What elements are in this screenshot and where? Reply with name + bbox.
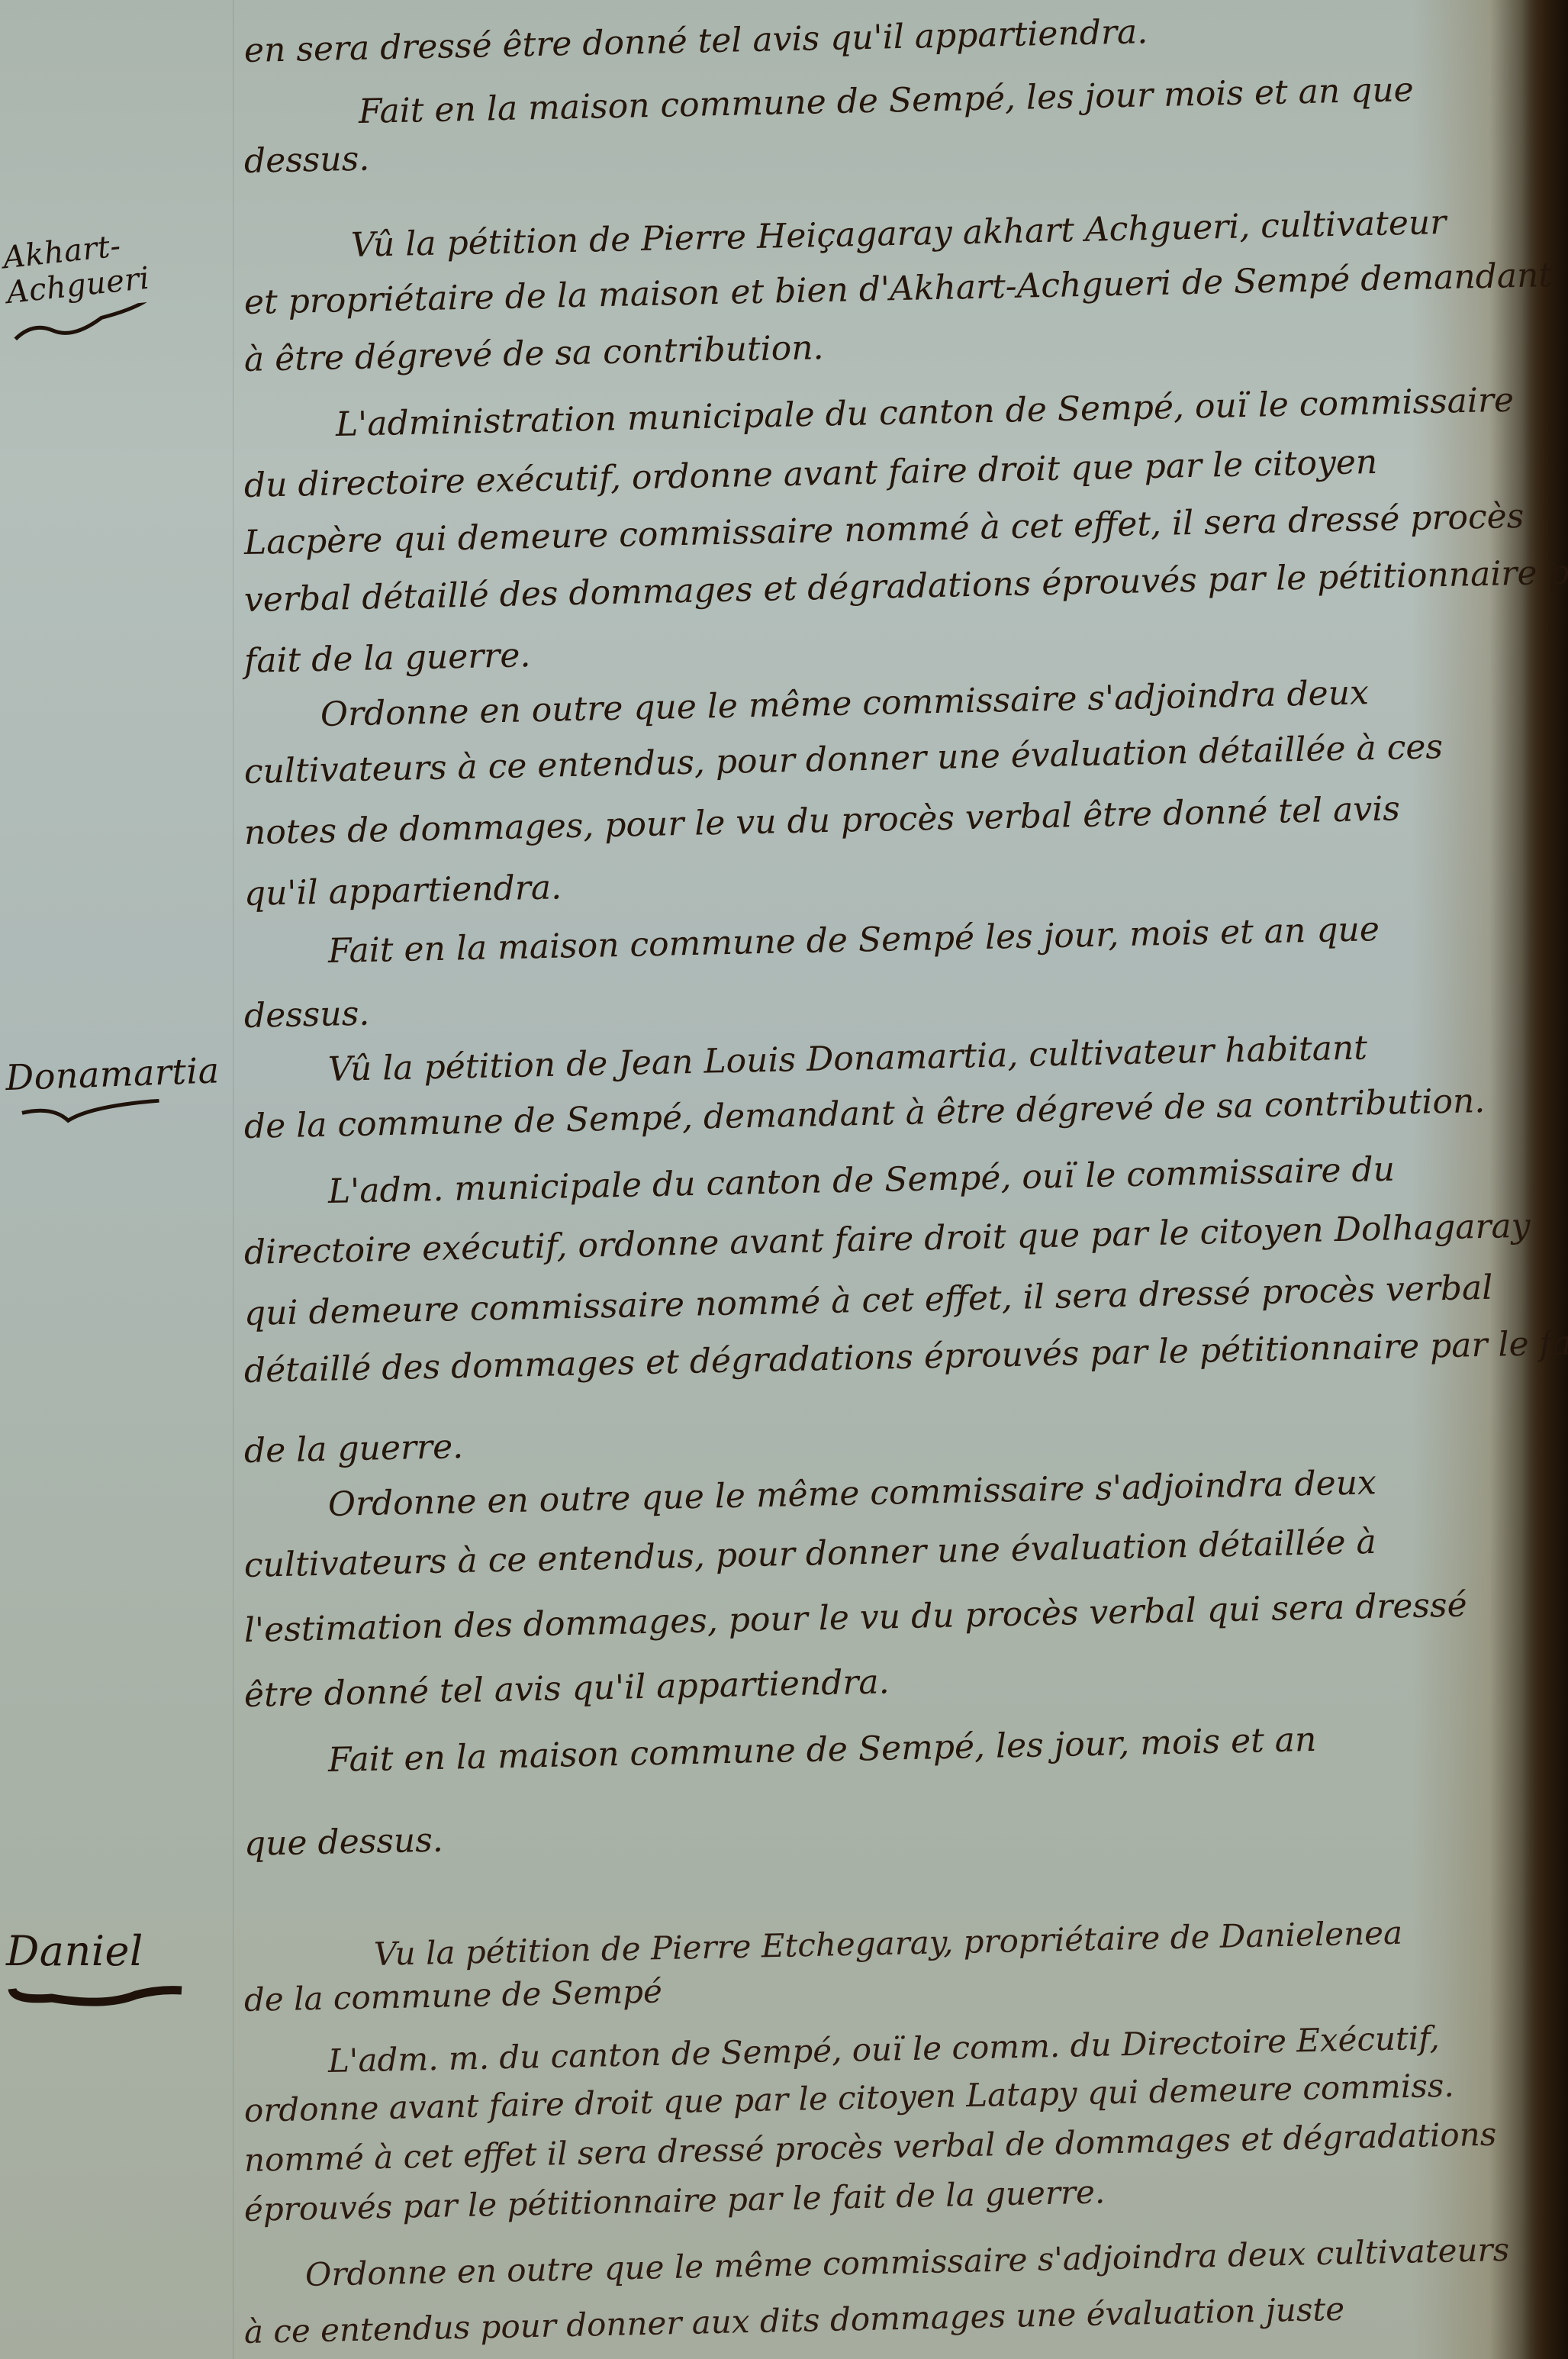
text-line: L'administration municipale du canton de… [336, 384, 1515, 442]
text-line: Vû la pétition de Jean Louis Donamartia,… [328, 1031, 1368, 1087]
text-line: à ce entendus pour donner aux dits domma… [244, 2293, 1345, 2348]
text-line: qu'il appartiendra. [244, 871, 562, 911]
text-line: et propriétaire de la maison et bien d'A… [244, 259, 1553, 320]
text-line: l'estimation des dommages, pour le vu du… [244, 1588, 1467, 1648]
text-line: L'adm. municipale du canton de Sempé, ou… [328, 1153, 1396, 1209]
text-line: L'adm. m. du canton de Sempé, ouï le com… [328, 2022, 1441, 2077]
margin-note-text: Akhart-Achgueri [2, 228, 152, 311]
text-line: Lacpère qui demeure commissaire nommé à … [244, 500, 1525, 560]
text-line: Vû la pétition de Pierre Heiçagaray akha… [351, 206, 1447, 263]
margin-note-text: Daniel [6, 1927, 143, 1975]
text-line: de la commune de Sempé [244, 1976, 663, 2016]
text-line: détaillé des dommages et dégradations ép… [244, 1326, 1568, 1388]
text-line: Ordonne en outre que le même commissaire… [320, 676, 1370, 732]
text-line: Ordonne en outre que le même commissaire… [328, 1466, 1377, 1522]
flourish-icon [7, 1098, 191, 1132]
text-line: à être dégrevé de sa contribution. [244, 331, 824, 377]
text-line: notes de dommages, pour le vu du procès … [244, 792, 1401, 850]
register-body: en sera dressé être donné tel avis qu'il… [244, 0, 1522, 2359]
text-line: cultivateurs à ce entendus, pour donner … [244, 1526, 1377, 1583]
text-line: Ordonne en outre que le même commissaire… [305, 2234, 1510, 2291]
text-line: cultivateurs à ce entendus, pour donner … [244, 730, 1444, 789]
text-line: dessus. [244, 143, 370, 179]
text-line: en sera dressé être donné tel avis qu'il… [244, 15, 1148, 68]
text-line: verbal détaillé des dommages et dégradat… [244, 555, 1568, 617]
text-line: Fait en la maison commune de Sempé, les … [359, 73, 1415, 129]
text-line: Vu la pétition de Pierre Etchegaray, pro… [374, 1917, 1403, 1971]
text-line: Fait en la maison commune de Sempé, les … [328, 1723, 1317, 1777]
text-line: éprouvés par le pétitionnaire par le fai… [244, 2176, 1106, 2226]
book-spine-shadow [1522, 0, 1568, 2359]
text-line: ordonne avant faire droit que par le cit… [244, 2070, 1455, 2127]
margin-note-akhart: Akhart-Achgueri [2, 218, 233, 344]
text-line: Fait en la maison commune de Sempé les j… [328, 913, 1380, 968]
margin-note-donamartia: Donamartia [5, 1049, 228, 1132]
text-line: qui demeure commissaire nommé à cet effe… [244, 1271, 1493, 1331]
text-line: du directoire exécutif, ordonne avant fa… [244, 446, 1378, 503]
margin-rule [233, 0, 233, 2359]
text-line: dessus. [244, 997, 370, 1033]
text-line: de la guerre. [244, 1430, 464, 1468]
margin-note-daniel: Daniel [6, 1927, 227, 2009]
flourish-icon [6, 1981, 189, 2009]
text-line: être donné tel avis qu'il appartiendra. [244, 1665, 890, 1713]
text-line: fait de la guerre. [244, 639, 531, 678]
text-line: nommé à cet effet il sera dressé procès … [244, 2119, 1497, 2177]
text-line: de la commune de Sempé, demandant à être… [244, 1084, 1486, 1144]
text-line: que dessus. [244, 1824, 444, 1861]
text-line: directoire exécutif, ordonne avant faire… [244, 1210, 1531, 1270]
manuscript-page: Akhart-Achgueri Donamartia Daniel en ser… [0, 0, 1568, 2359]
margin-note-text: Donamartia [5, 1049, 220, 1098]
